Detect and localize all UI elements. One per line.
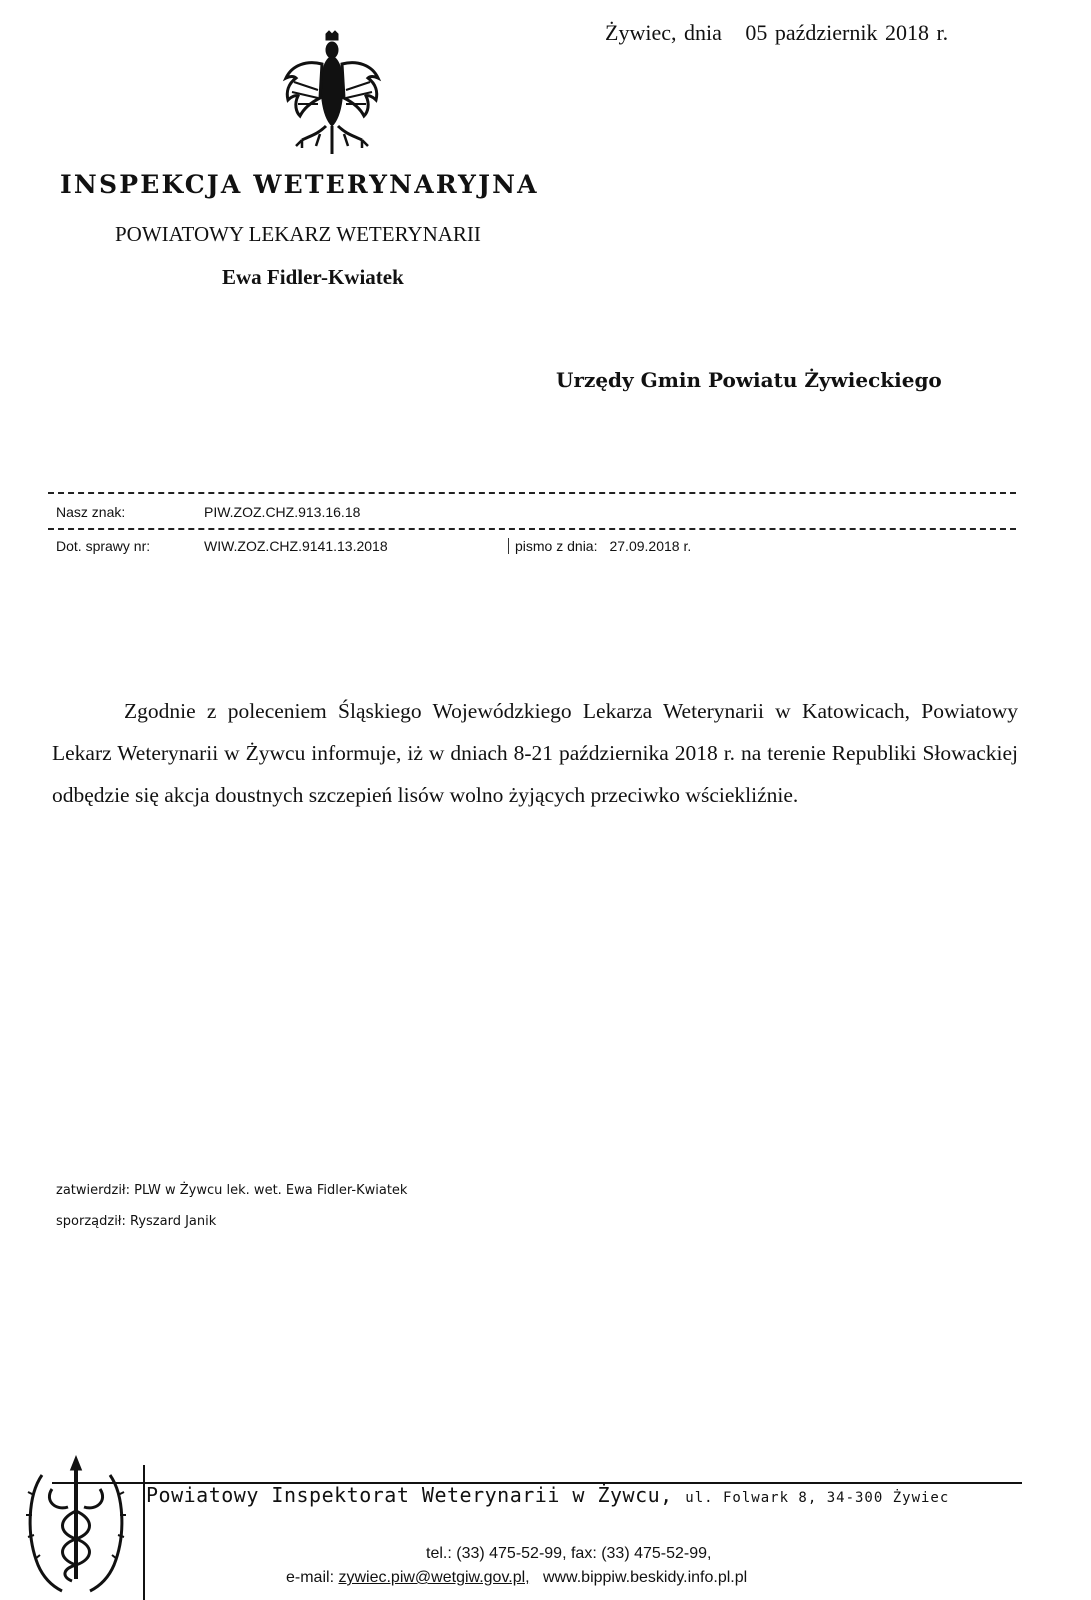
email-label: e-mail: [286, 1569, 334, 1586]
body-paragraph: Zgodnie z poleceniem Śląskiego Wojewódzk… [52, 690, 1018, 816]
place-date-label: Żywiec, dnia [605, 20, 722, 45]
footer-org-name: Powiatowy Inspektorat Weterynarii w Żywc… [146, 1483, 673, 1507]
org-title: INSPEKCJA WETERYNARYJNA [60, 170, 539, 199]
email-link[interactable]: zywiec.piw@wetgiw.gov.pl, [338, 1569, 529, 1586]
date-value: 05 październik 2018 [745, 20, 929, 45]
letter-body: Zgodnie z poleceniem Śląskiego Wojewódzk… [52, 690, 1018, 816]
approved-by: zatwierdził: PLW w Żywcu lek. wet. Ewa F… [56, 1183, 407, 1198]
caduceus-emblem-icon [22, 1455, 130, 1595]
org-subtitle: POWIATOWY LEKARZ WETERYNARII [115, 222, 481, 247]
footer-separator [143, 1465, 145, 1600]
letter-date-ref: pismo z dnia:27.09.2018 r. [508, 538, 691, 554]
letter-date-label: pismo z dnia: [515, 538, 597, 554]
footer-phones: tel.: (33) 475-52-99, fax: (33) 475-52-9… [426, 1545, 712, 1563]
footer-contact: e-mail: zywiec.piw@wetgiw.gov.pl, www.bi… [286, 1569, 747, 1587]
ref-row-our-sign: Nasz znak: PIW.ZOZ.CHZ.913.16.18 [56, 500, 1016, 534]
website-link[interactable]: www.bippiw.beskidy.info.pl.pl [543, 1569, 747, 1586]
footer-org: Powiatowy Inspektorat Weterynarii w Żywc… [146, 1483, 949, 1507]
case-label: Dot. sprawy nr: [56, 538, 150, 554]
our-sign-label: Nasz znak: [56, 504, 125, 520]
divider [48, 492, 1016, 494]
recipient: Urzędy Gmin Powiatu Żywieckiego [556, 368, 942, 392]
polish-eagle-emblem-icon [272, 30, 392, 158]
org-person: Ewa Fidler-Kwiatek [222, 265, 404, 290]
ref-row-case: Dot. sprawy nr: WIW.ZOZ.CHZ.9141.13.2018… [56, 534, 1016, 568]
reference-block: Nasz znak: PIW.ZOZ.CHZ.913.16.18 Dot. sp… [56, 500, 1016, 568]
letter-date-value: 27.09.2018 r. [609, 538, 691, 554]
our-sign-value: PIW.ZOZ.CHZ.913.16.18 [204, 504, 360, 520]
date-suffix: r. [936, 20, 948, 45]
case-value: WIW.ZOZ.CHZ.9141.13.2018 [204, 538, 388, 554]
prepared-by: sporządził: Ryszard Janik [56, 1214, 216, 1229]
footer-address: ul. Folwark 8, 34-300 Żywiec [685, 1490, 949, 1506]
letter-date: Żywiec, dnia 05 październik 2018 r. [605, 20, 948, 46]
